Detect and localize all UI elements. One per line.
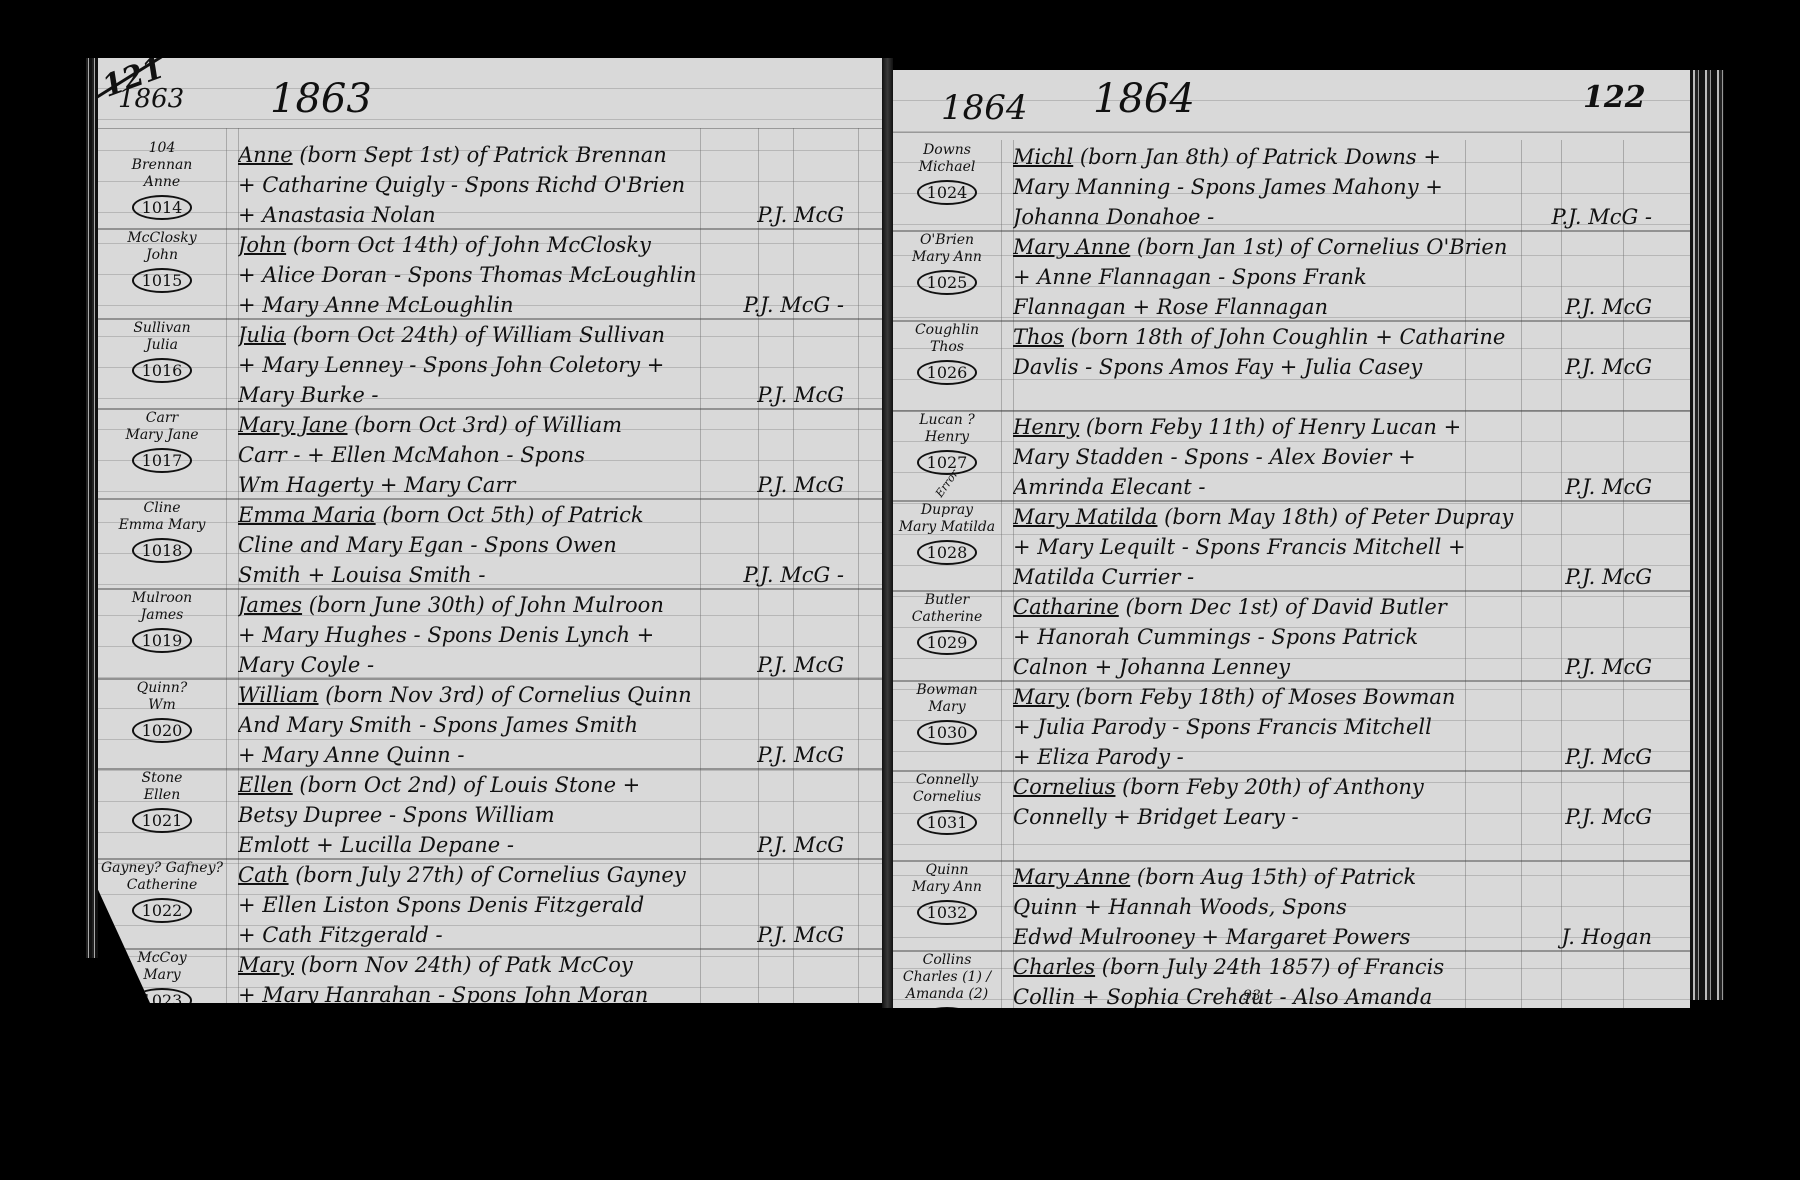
entry-line: Anne (born Sept 1st) of Patrick Brennan xyxy=(238,140,868,170)
entry-margin: ConnellyCornelius1031 xyxy=(893,772,1001,835)
entry-margin: CoughlinThos1026 xyxy=(893,322,1001,385)
entry-margin: 104BrennanAnne1014 xyxy=(98,140,226,220)
entry-number: 1030 xyxy=(917,720,978,745)
entry-line: Carr - + Ellen McMahon - Spons xyxy=(238,440,868,470)
officiant-signature: J. Hogan xyxy=(1561,922,1676,952)
surname: Cline xyxy=(98,500,226,517)
surname: Downs xyxy=(893,142,1001,159)
entry-line: Charles (born July 24th 1857) of Francis xyxy=(1013,952,1676,982)
entry-margin: StoneEllen1021 xyxy=(98,770,226,833)
register-entry: Mary Anne (born Aug 15th) of PatrickQuin… xyxy=(1013,862,1676,952)
baptized-name: Mary Anne xyxy=(1013,865,1130,889)
baptized-name: Henry xyxy=(1013,415,1079,439)
entry-line: Calnon + Johanna LenneyP.J. McG xyxy=(1013,652,1676,682)
given-name: Catherine xyxy=(893,609,1001,626)
entry-line: Wm Hagerty + Mary CarrP.J. McG xyxy=(238,470,868,500)
given-name: Mary Jane xyxy=(98,427,226,444)
entry-number: 1032 xyxy=(917,900,978,925)
entry-line: And Mary Smith - Spons James Smith xyxy=(238,710,868,740)
given-name: Emma Mary xyxy=(98,517,226,534)
register-entry: Ellen (born Oct 2nd) of Louis Stone +Bet… xyxy=(238,770,868,860)
surname: Stone xyxy=(98,770,226,787)
register-entry: Mary Matilda (born May 18th) of Peter Du… xyxy=(1013,502,1676,592)
surname: Quinn xyxy=(893,862,1001,879)
entry-line: Mary Jane (born Oct 3rd) of William xyxy=(238,410,868,440)
entry-number: 1014 xyxy=(132,195,193,220)
entry-line: + Catharine Quigly - Spons Richd O'Brien xyxy=(238,170,868,200)
given-name: Anne xyxy=(98,174,226,191)
entry-line: Mary Manning - Spons James Mahony + xyxy=(1013,172,1676,202)
officiant-signature: P.J. McG xyxy=(1565,742,1676,772)
entry-line: Michl (born Jan 8th) of Patrick Downs + xyxy=(1013,142,1676,172)
register-entry: Emma Maria (born Oct 5th) of PatrickClin… xyxy=(238,500,868,590)
entry-line: James (born June 30th) of John Mulroon xyxy=(238,590,868,620)
entry-margin: CollinsCharles (1) / Amanda (2)1033 xyxy=(893,952,1001,1008)
register-entry: Anne (born Sept 1st) of Patrick Brennan+… xyxy=(238,140,868,230)
entry-line: + Eliza Parody -P.J. McG xyxy=(1013,742,1676,772)
given-name: Julia xyxy=(98,337,226,354)
officiant-signature: P.J. McG xyxy=(1565,652,1676,682)
entry-number: 1033 xyxy=(917,1007,978,1008)
year-heading: 1863 xyxy=(270,76,372,122)
folio-number: 122 xyxy=(1583,80,1646,115)
entry-line: + Mary Hanrahan - Spons John Moran xyxy=(238,980,868,1003)
baptized-name: Mary Jane xyxy=(238,413,348,437)
entry-line: + Ellen Liston Spons Denis Fitzgerald xyxy=(238,890,868,920)
register-entry: Thos (born 18th of John Coughlin + Catha… xyxy=(1013,322,1676,382)
margin-note: 104 xyxy=(98,140,226,157)
register-entry: John (born Oct 14th) of John McClosky+ A… xyxy=(238,230,868,320)
entry-line: + Mary Anne McLoughlinP.J. McG - xyxy=(238,290,868,320)
register-entry: William (born Nov 3rd) of Cornelius Quin… xyxy=(238,680,868,770)
given-name: Charles (1) / Amanda (2) xyxy=(893,969,1001,1003)
baptized-name: Catharine xyxy=(1013,595,1119,619)
baptized-name: Ellen xyxy=(238,773,293,797)
entry-line: Mary Matilda (born May 18th) of Peter Du… xyxy=(1013,502,1676,532)
entry-margin: Lucan ?Henry1027Error xyxy=(893,412,1001,492)
entry-line: John (born Oct 14th) of John McClosky xyxy=(238,230,868,260)
footer-mark: 93 xyxy=(1243,988,1261,1004)
entry-number: 1015 xyxy=(132,268,193,293)
surname: Gayney? Gafney? xyxy=(98,860,226,877)
officiant-signature: P.J. McG xyxy=(757,740,868,770)
surname: O'Brien xyxy=(893,232,1001,249)
entry-margin: BowmanMary1030 xyxy=(893,682,1001,745)
entry-line: Mary (born Feby 18th) of Moses Bowman xyxy=(1013,682,1676,712)
entry-number: 1026 xyxy=(917,360,978,385)
register-entry: Mary (born Feby 18th) of Moses Bowman+ J… xyxy=(1013,682,1676,772)
entry-line: Flannagan + Rose FlannaganP.J. McG xyxy=(1013,292,1676,322)
surname: Collins xyxy=(893,952,1001,969)
baptized-name: Mary xyxy=(238,953,294,977)
baptized-name: Julia xyxy=(238,323,286,347)
entry-line: Cline and Mary Egan - Spons Owen xyxy=(238,530,868,560)
officiant-signature: P.J. McG xyxy=(1565,352,1676,382)
entry-line: Mary Stadden - Spons - Alex Bovier + xyxy=(1013,442,1676,472)
officiant-signature: P.J. McG xyxy=(757,380,868,410)
register-entry: Cornelius (born Feby 20th) of AnthonyCon… xyxy=(1013,772,1676,832)
register-entry: Catharine (born Dec 1st) of David Butler… xyxy=(1013,592,1676,682)
officiant-signature: P.J. McG xyxy=(757,920,868,950)
baptized-name: Cath xyxy=(238,863,289,887)
officiant-signature: P.J. McG - xyxy=(744,560,869,590)
entry-number: 1022 xyxy=(132,898,193,923)
register-entry: Mary Anne (born Jan 1st) of Cornelius O'… xyxy=(1013,232,1676,322)
entry-margin: DuprayMary Matilda1028 xyxy=(893,502,1001,565)
surname: Connelly xyxy=(893,772,1001,789)
entry-line: Johanna Donahoe -P.J. McG - xyxy=(1013,202,1676,232)
entry-line: Thos (born 18th of John Coughlin + Catha… xyxy=(1013,322,1676,352)
given-name: James xyxy=(98,607,226,624)
officiant-signature: P.J. McG - xyxy=(744,290,869,320)
given-name: Mary Ann xyxy=(893,879,1001,896)
officiant-signature: P.J. McG - xyxy=(1552,202,1677,232)
register-entry: James (born June 30th) of John Mulroon+ … xyxy=(238,590,868,680)
book-spine xyxy=(882,58,893,1008)
surname: Sullivan xyxy=(98,320,226,337)
entry-line: Mary Anne (born Aug 15th) of Patrick xyxy=(1013,862,1676,892)
entry-line: Ellen (born Oct 2nd) of Louis Stone + xyxy=(238,770,868,800)
entry-number: 1024 xyxy=(917,180,978,205)
register-entry: Mary (born Nov 24th) of Patk McCoy+ Mary… xyxy=(238,950,868,1003)
entry-line: Connelly + Bridget Leary -P.J. McG xyxy=(1013,802,1676,832)
entry-line: + Julia Parody - Spons Francis Mitchell xyxy=(1013,712,1676,742)
given-name: Mary Ann xyxy=(893,249,1001,266)
entry-margin: QuinnMary Ann1032 xyxy=(893,862,1001,925)
officiant-signature: P.J. McG xyxy=(757,470,868,500)
entry-line: William (born Nov 3rd) of Cornelius Quin… xyxy=(238,680,868,710)
surname: McCoy xyxy=(98,950,226,967)
right-page: 1864 1864 122 DownsMichael1024Michl (bor… xyxy=(893,70,1690,1008)
entry-line: + Alice Doran - Spons Thomas McLoughlin xyxy=(238,260,868,290)
officiant-signature: P.J. McG xyxy=(757,200,868,230)
entry-line: Mary Anne (born Jan 1st) of Cornelius O'… xyxy=(1013,232,1676,262)
entry-line: + Hanorah Cummings - Spons Patrick xyxy=(1013,622,1676,652)
surname: Quinn? xyxy=(98,680,226,697)
entry-number: 1021 xyxy=(132,808,193,833)
register-entry: Julia (born Oct 24th) of William Sulliva… xyxy=(238,320,868,410)
baptized-name: William xyxy=(238,683,319,707)
officiant-signature: P.J. McG xyxy=(1565,472,1676,502)
entry-margin: Quinn?Wm1020 xyxy=(98,680,226,743)
surname: Carr xyxy=(98,410,226,427)
surname: Bowman xyxy=(893,682,1001,699)
entry-line: + Mary Lequilt - Spons Francis Mitchell … xyxy=(1013,532,1676,562)
given-name: Ellen xyxy=(98,787,226,804)
baptized-name: James xyxy=(238,593,302,617)
given-name: John xyxy=(98,247,226,264)
baptized-name: Emma Maria xyxy=(238,503,376,527)
surname: Butler xyxy=(893,592,1001,609)
entry-line: Mary (born Nov 24th) of Patk McCoy xyxy=(238,950,868,980)
entry-line: + Mary Hughes - Spons Denis Lynch + xyxy=(238,620,868,650)
register-entry: Mary Jane (born Oct 3rd) of WilliamCarr … xyxy=(238,410,868,500)
officiant-signature: P.J. McG xyxy=(1565,562,1676,592)
entry-line: + Cath Fitzgerald -P.J. McG xyxy=(238,920,868,950)
entry-margin: MulroonJames1019 xyxy=(98,590,226,653)
entry-margin: CarrMary Jane1017 xyxy=(98,410,226,473)
surname: Dupray xyxy=(893,502,1001,519)
officiant-signature: P.J. McG xyxy=(757,830,868,860)
baptized-name: Mary Matilda xyxy=(1013,505,1157,529)
left-page: 121 1863 1863 104BrennanAnne1014Anne (bo… xyxy=(98,58,882,1003)
year-small: 1863 xyxy=(118,84,184,114)
entry-line: Emma Maria (born Oct 5th) of Patrick xyxy=(238,500,868,530)
entry-line: Julia (born Oct 24th) of William Sulliva… xyxy=(238,320,868,350)
officiant-signature: P.J. McG xyxy=(757,650,868,680)
entry-line: + Mary Anne Quinn -P.J. McG xyxy=(238,740,868,770)
entry-line: Collin + Sophia Crehaut - Also Amanda xyxy=(1013,982,1676,1008)
baptized-name: Charles xyxy=(1013,955,1095,979)
given-name: Cornelius xyxy=(893,789,1001,806)
entry-line: Cornelius (born Feby 20th) of Anthony xyxy=(1013,772,1676,802)
entry-margin: Gayney? Gafney?Catherine1022 xyxy=(98,860,226,923)
given-name: Mary xyxy=(98,967,226,984)
given-name: Mary xyxy=(893,699,1001,716)
entry-line: Mary Coyle -P.J. McG xyxy=(238,650,868,680)
entry-number: 1019 xyxy=(132,628,193,653)
page-stack-left xyxy=(86,58,98,958)
entry-line: + Anastasia NolanP.J. McG xyxy=(238,200,868,230)
given-name: Catherine xyxy=(98,877,226,894)
entry-line: Mary Burke -P.J. McG xyxy=(238,380,868,410)
entry-margin: SullivanJulia1016 xyxy=(98,320,226,383)
entry-margin: DownsMichael1024 xyxy=(893,142,1001,205)
given-name: Thos xyxy=(893,339,1001,356)
baptized-name: John xyxy=(238,233,286,257)
entry-line: Smith + Louisa Smith -P.J. McG - xyxy=(238,560,868,590)
baptized-name: Michl xyxy=(1013,145,1073,169)
year-small: 1864 xyxy=(941,88,1028,128)
register-entry: Michl (born Jan 8th) of Patrick Downs +M… xyxy=(1013,142,1676,232)
entry-margin: McCoyMary1023 xyxy=(98,950,226,1003)
baptized-name: Mary xyxy=(1013,685,1069,709)
given-name: Mary Matilda xyxy=(893,519,1001,536)
entry-line: Henry (born Feby 11th) of Henry Lucan + xyxy=(1013,412,1676,442)
surname: Coughlin xyxy=(893,322,1001,339)
entry-number: 1016 xyxy=(132,358,193,383)
entry-line: Davlis - Spons Amos Fay + Julia CaseyP.J… xyxy=(1013,352,1676,382)
given-name: Wm xyxy=(98,697,226,714)
entry-margin: ClineEmma Mary1018 xyxy=(98,500,226,563)
baptized-name: Cornelius xyxy=(1013,775,1115,799)
surname: McClosky xyxy=(98,230,226,247)
entry-number: 1020 xyxy=(132,718,193,743)
page-stack-right xyxy=(1690,70,1724,1000)
entry-number: 1029 xyxy=(917,630,978,655)
entry-number: 1018 xyxy=(132,538,193,563)
entry-margin: McCloskyJohn1015 xyxy=(98,230,226,293)
entry-line: Betsy Dupree - Spons William xyxy=(238,800,868,830)
register-entry: Cath (born July 27th) of Cornelius Gayne… xyxy=(238,860,868,950)
entry-line: Cath (born July 27th) of Cornelius Gayne… xyxy=(238,860,868,890)
entry-line: Matilda Currier -P.J. McG xyxy=(1013,562,1676,592)
entry-line: Catharine (born Dec 1st) of David Butler xyxy=(1013,592,1676,622)
entry-line: + Anne Flannagan - Spons Frank xyxy=(1013,262,1676,292)
officiant-signature: P.J. McG xyxy=(1565,802,1676,832)
register-scan: 121 1863 1863 104BrennanAnne1014Anne (bo… xyxy=(0,0,1800,1180)
year-heading: 1864 xyxy=(1093,76,1195,122)
baptized-name: Anne xyxy=(238,143,293,167)
entry-number: 1031 xyxy=(917,810,978,835)
entry-number: 1025 xyxy=(917,270,978,295)
entry-line: Quinn + Hannah Woods, Spons xyxy=(1013,892,1676,922)
given-name: Michael xyxy=(893,159,1001,176)
entry-line: + Mary Lenney - Spons John Coletory + xyxy=(238,350,868,380)
entry-line: Amrinda Elecant -P.J. McG xyxy=(1013,472,1676,502)
entry-number: 1017 xyxy=(132,448,193,473)
entry-number: 1023 xyxy=(132,988,193,1003)
entry-margin: O'BrienMary Ann1025 xyxy=(893,232,1001,295)
officiant-signature: P.J. McG xyxy=(1565,292,1676,322)
entry-number: 1028 xyxy=(917,540,978,565)
entry-margin: ButlerCatherine1029 xyxy=(893,592,1001,655)
baptized-name: Mary Anne xyxy=(1013,235,1130,259)
entry-line: Emlott + Lucilla Depane -P.J. McG xyxy=(238,830,868,860)
register-entry: Charles (born July 24th 1857) of Francis… xyxy=(1013,952,1676,1008)
register-entry: Henry (born Feby 11th) of Henry Lucan +M… xyxy=(1013,412,1676,502)
surname: Lucan ? xyxy=(893,412,1001,429)
surname: Brennan xyxy=(98,157,226,174)
baptized-name: Thos xyxy=(1013,325,1064,349)
surname: Mulroon xyxy=(98,590,226,607)
entry-line: Edwd Mulrooney + Margaret PowersJ. Hogan xyxy=(1013,922,1676,952)
